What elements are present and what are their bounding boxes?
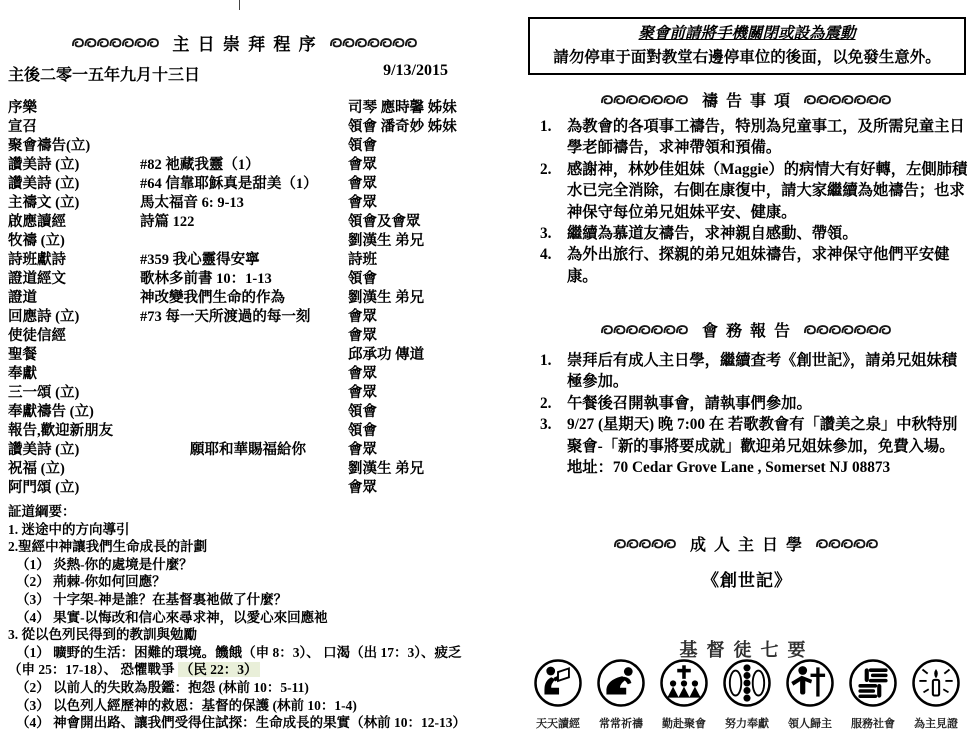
offering-icon xyxy=(722,658,772,713)
program-role: 會眾 xyxy=(348,327,478,346)
program-row: 回應詩 (立)#73 每一天所渡過的每一刻會眾 xyxy=(8,308,478,327)
essential-item: 努力奉獻 xyxy=(718,658,776,731)
program-item: 阿門頌 (立) xyxy=(8,479,140,498)
list-item: 4.為外出旅行、探親的弟兄姐妹禱告，求神保守他們平安健康。 xyxy=(540,244,970,287)
program-row: 奉獻會眾 xyxy=(8,365,478,384)
outline-line: （2） 荊棘-你如何回應？ xyxy=(8,573,486,591)
program-content: 馬太福音 6: 9-13 xyxy=(140,194,348,213)
program-item: 聖餐 xyxy=(8,346,140,365)
program-role: 會眾 xyxy=(348,308,478,327)
list-item-text: 感謝神，林妙佳姐妹（Maggie）的病情大有好轉，左側肺積水已完全消除，右側在康… xyxy=(567,159,970,223)
program-content xyxy=(140,99,348,118)
program-content: 詩篇 122 xyxy=(140,213,348,232)
list-item: 1.為教會的各項事工禱告，特別為兒童事工，及所需兒童主日學老師禱告，求神帶領和預… xyxy=(540,116,970,159)
program-row: 聖餐邱承功 傳道 xyxy=(8,346,478,365)
page-title: 主 日 崇 拜 程 序 xyxy=(172,30,317,55)
outline-line: （2） 以前人的失敗為殷鑑：抱怨 (林前 10：5-11) xyxy=(8,679,486,697)
program-role: 劉漢生 弟兄 xyxy=(348,289,478,308)
list-item-text: 午餐後召開執事會，請執事們參加。 xyxy=(567,393,970,414)
list-item-number: 1. xyxy=(540,116,567,137)
ornament-right-icon xyxy=(804,324,893,336)
essential-label: 服務社會 xyxy=(851,715,895,731)
worship-program-header: 主 日 崇 拜 程 序 xyxy=(0,30,490,55)
program-content xyxy=(140,137,348,156)
serve-society-icon xyxy=(848,658,898,713)
list-item: 1.崇拜后有成人主日學，繼續查考《創世記》，請弟兄姐妹積極參加。 xyxy=(540,350,970,393)
essential-item: 勤赴聚會 xyxy=(655,658,713,731)
program-item: 序樂 xyxy=(8,99,140,118)
program-content xyxy=(140,365,348,384)
program-item: 報告,歡迎新朋友 xyxy=(8,422,140,441)
outline-line: （3） 以色列人經歷神的救恩：基督的保護 (林前 10：1-4) xyxy=(8,697,486,715)
parking-notice: 請勿停車于面對教堂右邊停車位的後面，以免發生意外。 xyxy=(535,46,959,70)
read-bible-icon xyxy=(533,658,583,713)
notice-box: 聚會前請將手機關閉或設為震動 請勿停車于面對教堂右邊停車位的後面，以免發生意外。 xyxy=(528,17,966,75)
announcements-heading: 會 務 報 告 xyxy=(702,318,792,341)
program-row: 讚美詩 (立)#82 祂藏我靈（1）會眾 xyxy=(8,156,478,175)
program-content xyxy=(140,479,348,498)
ornament-left-icon xyxy=(601,324,690,336)
program-role: 領會 xyxy=(348,270,478,289)
program-content xyxy=(140,460,348,479)
program-item: 讚美詩 (立) xyxy=(8,175,140,194)
program-row: 牧禱 (立)劉漢生 弟兄 xyxy=(8,232,478,251)
list-item-number: 3. xyxy=(540,414,567,435)
essential-label: 勤赴聚會 xyxy=(662,715,706,731)
outline-line: 2.聖經中神讓我們生命成長的計劃 xyxy=(8,538,486,556)
list-item: 3.繼續為慕道友禱告，求神親自感動、帶領。 xyxy=(540,223,970,244)
program-role: 會眾 xyxy=(348,156,478,175)
program-item: 讚美詩 (立) xyxy=(8,441,140,460)
outline-line: 3. 從以色列民得到的教訓與勉勵 xyxy=(8,626,486,644)
outline-line: （1） 炎熱-你的處境是什麼？ xyxy=(8,556,486,574)
church-bulletin: 主 日 崇 拜 程 序 主後二零一五年九月十三日 9/13/2015 序樂司琴 … xyxy=(0,0,974,733)
program-row: 讚美詩 (立)願耶和華賜福給你會眾 xyxy=(8,441,478,460)
program-row: 詩班獻詩#359 我心靈得安寧詩班 xyxy=(8,251,478,270)
sunday-school-heading: 成 人 主 日 學 xyxy=(690,532,804,555)
program-content xyxy=(140,327,348,346)
date-line: 主後二零一五年九月十三日 9/13/2015 xyxy=(8,62,448,85)
list-item-text: 崇拜后有成人主日學，繼續查考《創世記》，請弟兄姐妹積極參加。 xyxy=(567,350,970,393)
announcements-section-header: 會 務 報 告 xyxy=(520,318,974,341)
program-table: 序樂司琴 應時馨 姊妹宣召領會 潘奇妙 姊妹聚會禱告(立)領會讚美詩 (立)#8… xyxy=(8,99,478,498)
outline-line: （4） 果實-以悔改和信心來尋求神，以愛心來回應祂 xyxy=(8,609,486,627)
program-role: 邱承功 傳道 xyxy=(348,346,478,365)
program-role: 會眾 xyxy=(348,175,478,194)
program-item: 主禱文 (立) xyxy=(8,194,140,213)
program-item: 祝福 (立) xyxy=(8,460,140,479)
program-item: 證道 xyxy=(8,289,140,308)
program-row: 啟應讀經詩篇 122領會及會眾 xyxy=(8,213,478,232)
attend-meeting-icon xyxy=(659,658,709,713)
outline-line: 1. 迷途中的方向導引 xyxy=(8,521,486,539)
list-item-text: 繼續為慕道友禱告，求神親自感動、帶領。 xyxy=(567,223,970,244)
program-content xyxy=(140,403,348,422)
essential-item: 常常祈禱 xyxy=(592,658,650,731)
list-item-number: 4. xyxy=(540,244,567,265)
essential-label: 天天讀經 xyxy=(536,715,580,731)
program-item: 牧禱 (立) xyxy=(8,232,140,251)
list-item-text: 9/27 (星期天) 晚 7:00 在 若歌教會有「讚美之泉」中秋特別聚會-「新… xyxy=(567,414,970,478)
page-fold-mark xyxy=(239,0,240,10)
program-content xyxy=(140,118,348,137)
program-row: 三一頌 (立)會眾 xyxy=(8,384,478,403)
program-row: 聚會禱告(立)領會 xyxy=(8,137,478,156)
program-content: #82 祂藏我靈（1） xyxy=(140,156,348,175)
witness-candle-icon xyxy=(911,658,961,713)
program-content: 神改變我們生命的作為 xyxy=(140,289,348,308)
essential-item: 為主見證 xyxy=(907,658,965,731)
program-item: 奉獻 xyxy=(8,365,140,384)
announcements-list: 1.崇拜后有成人主日學，繼續查考《創世記》，請弟兄姐妹積極參加。2.午餐後召開執… xyxy=(540,350,970,478)
list-item-number: 1. xyxy=(540,350,567,371)
program-role: 領會及會眾 xyxy=(348,213,478,232)
program-role: 詩班 xyxy=(348,251,478,270)
program-item: 奉獻禱告 (立) xyxy=(8,403,140,422)
lead-people-icon xyxy=(785,658,835,713)
outline-line: 証道綱要： xyxy=(8,503,486,521)
program-content: #359 我心靈得安寧 xyxy=(140,251,348,270)
seven-essentials-icons: 天天讀經常常祈禱勤赴聚會努力奉獻領人歸主服務社會為主見證 xyxy=(520,658,974,731)
program-role: 會眾 xyxy=(348,194,478,213)
date-numeric: 9/13/2015 xyxy=(383,62,448,85)
list-item: 2.午餐後召開執事會，請執事們參加。 xyxy=(540,393,970,414)
study-book-title: 《創世記》 xyxy=(520,566,974,591)
list-item-text: 為外出旅行、探親的弟兄姐妹禱告，求神保守他們平安健康。 xyxy=(567,244,970,287)
essential-item: 天天讀經 xyxy=(529,658,587,731)
outline-line: （4） 神會開出路、讓我們受得住試探：生命成長的果實（林前 10：12-13） xyxy=(8,714,486,732)
program-role: 會眾 xyxy=(348,479,478,498)
ornament-left-icon xyxy=(601,94,690,106)
list-item-text: 為教會的各項事工禱告，特別為兒童事工，及所需兒童主日學老師禱告，求神帶領和預備。 xyxy=(567,116,970,159)
program-content: 願耶和華賜福給你 xyxy=(140,441,348,460)
program-content xyxy=(140,384,348,403)
essential-label: 領人歸主 xyxy=(788,715,832,731)
sunday-school-header: 成 人 主 日 學 xyxy=(520,532,974,555)
ornament-right-icon xyxy=(804,94,893,106)
program-role: 會眾 xyxy=(348,441,478,460)
program-row: 序樂司琴 應時馨 姊妹 xyxy=(8,99,478,118)
essential-label: 常常祈禱 xyxy=(599,715,643,731)
program-row: 證道神改變我們生命的作為劉漢生 弟兄 xyxy=(8,289,478,308)
program-content xyxy=(140,232,348,251)
program-item: 證道經文 xyxy=(8,270,140,289)
program-role: 領會 潘奇妙 姊妹 xyxy=(348,118,478,137)
outline-line: （3） 十字架-神是誰？在基督裏祂做了什麼？ xyxy=(8,591,486,609)
program-row: 阿門頌 (立)會眾 xyxy=(8,479,478,498)
program-row: 主禱文 (立)馬太福音 6: 9-13會眾 xyxy=(8,194,478,213)
program-content xyxy=(140,422,348,441)
date-chinese: 主後二零一五年九月十三日 xyxy=(8,62,200,85)
pray-icon xyxy=(596,658,646,713)
program-row: 宣召領會 潘奇妙 姊妹 xyxy=(8,118,478,137)
ornament-left-icon xyxy=(614,538,678,550)
essential-item: 領人歸主 xyxy=(781,658,839,731)
prayer-list: 1.為教會的各項事工禱告，特別為兒童事工，及所需兒童主日學老師禱告，求神帶領和預… xyxy=(540,116,970,287)
program-item: 三一頌 (立) xyxy=(8,384,140,403)
program-content xyxy=(140,346,348,365)
program-role: 會眾 xyxy=(348,384,478,403)
program-role: 劉漢生 弟兄 xyxy=(348,460,478,479)
list-item: 2.感謝神，林妙佳姐妹（Maggie）的病情大有好轉，左側肺積水已完全消除，右側… xyxy=(540,159,970,223)
program-item: 回應詩 (立) xyxy=(8,308,140,327)
program-item: 詩班獻詩 xyxy=(8,251,140,270)
outline-line: （申 25：17-18）、 恐懼戰爭 （民 22：3） xyxy=(8,661,486,679)
outline-line: （1） 曠野的生活：困難的環境。饑餓（申 8：3）、 口渴（出 17：3）、疲乏 xyxy=(8,644,486,662)
list-item: 3.9/27 (星期天) 晚 7:00 在 若歌教會有「讚美之泉」中秋特別聚會-… xyxy=(540,414,970,478)
ornament-right-icon xyxy=(816,538,880,550)
program-row: 報告,歡迎新朋友領會 xyxy=(8,422,478,441)
program-content: #73 每一天所渡過的每一刻 xyxy=(140,308,348,327)
program-role: 會眾 xyxy=(348,365,478,384)
program-row: 奉獻禱告 (立)領會 xyxy=(8,403,478,422)
program-item: 使徒信經 xyxy=(8,327,140,346)
program-row: 讚美詩 (立)#64 信靠耶穌真是甜美（1）會眾 xyxy=(8,175,478,194)
program-content: #64 信靠耶穌真是甜美（1） xyxy=(140,175,348,194)
sermon-outline: 証道綱要：1. 迷途中的方向導引2.聖經中神讓我們生命成長的計劃（1） 炎熱-你… xyxy=(8,503,486,732)
list-item-number: 2. xyxy=(540,393,567,414)
program-item: 聚會禱告(立) xyxy=(8,137,140,156)
program-role: 領會 xyxy=(348,403,478,422)
prayer-heading: 禱 告 事 項 xyxy=(702,88,792,111)
program-content: 歌林多前書 10：1-13 xyxy=(140,270,348,289)
program-role: 領會 xyxy=(348,422,478,441)
ornament-right-icon xyxy=(330,37,419,49)
program-item: 啟應讀經 xyxy=(8,213,140,232)
ornament-left-icon xyxy=(72,37,161,49)
list-item-number: 2. xyxy=(540,159,567,180)
program-role: 司琴 應時馨 姊妹 xyxy=(348,99,478,118)
essential-label: 努力奉獻 xyxy=(725,715,769,731)
program-role: 劉漢生 弟兄 xyxy=(348,232,478,251)
phone-notice: 聚會前請將手機關閉或設為震動 xyxy=(535,22,959,46)
program-item: 宣召 xyxy=(8,118,140,137)
essential-item: 服務社會 xyxy=(844,658,902,731)
essential-label: 為主見證 xyxy=(914,715,958,731)
list-item-number: 3. xyxy=(540,223,567,244)
highlighted-reference: （民 22：3） xyxy=(178,662,260,677)
program-row: 使徒信經會眾 xyxy=(8,327,478,346)
prayer-section-header: 禱 告 事 項 xyxy=(520,88,974,111)
program-row: 祝福 (立)劉漢生 弟兄 xyxy=(8,460,478,479)
program-row: 證道經文歌林多前書 10：1-13領會 xyxy=(8,270,478,289)
program-role: 領會 xyxy=(348,137,478,156)
program-item: 讚美詩 (立) xyxy=(8,156,140,175)
